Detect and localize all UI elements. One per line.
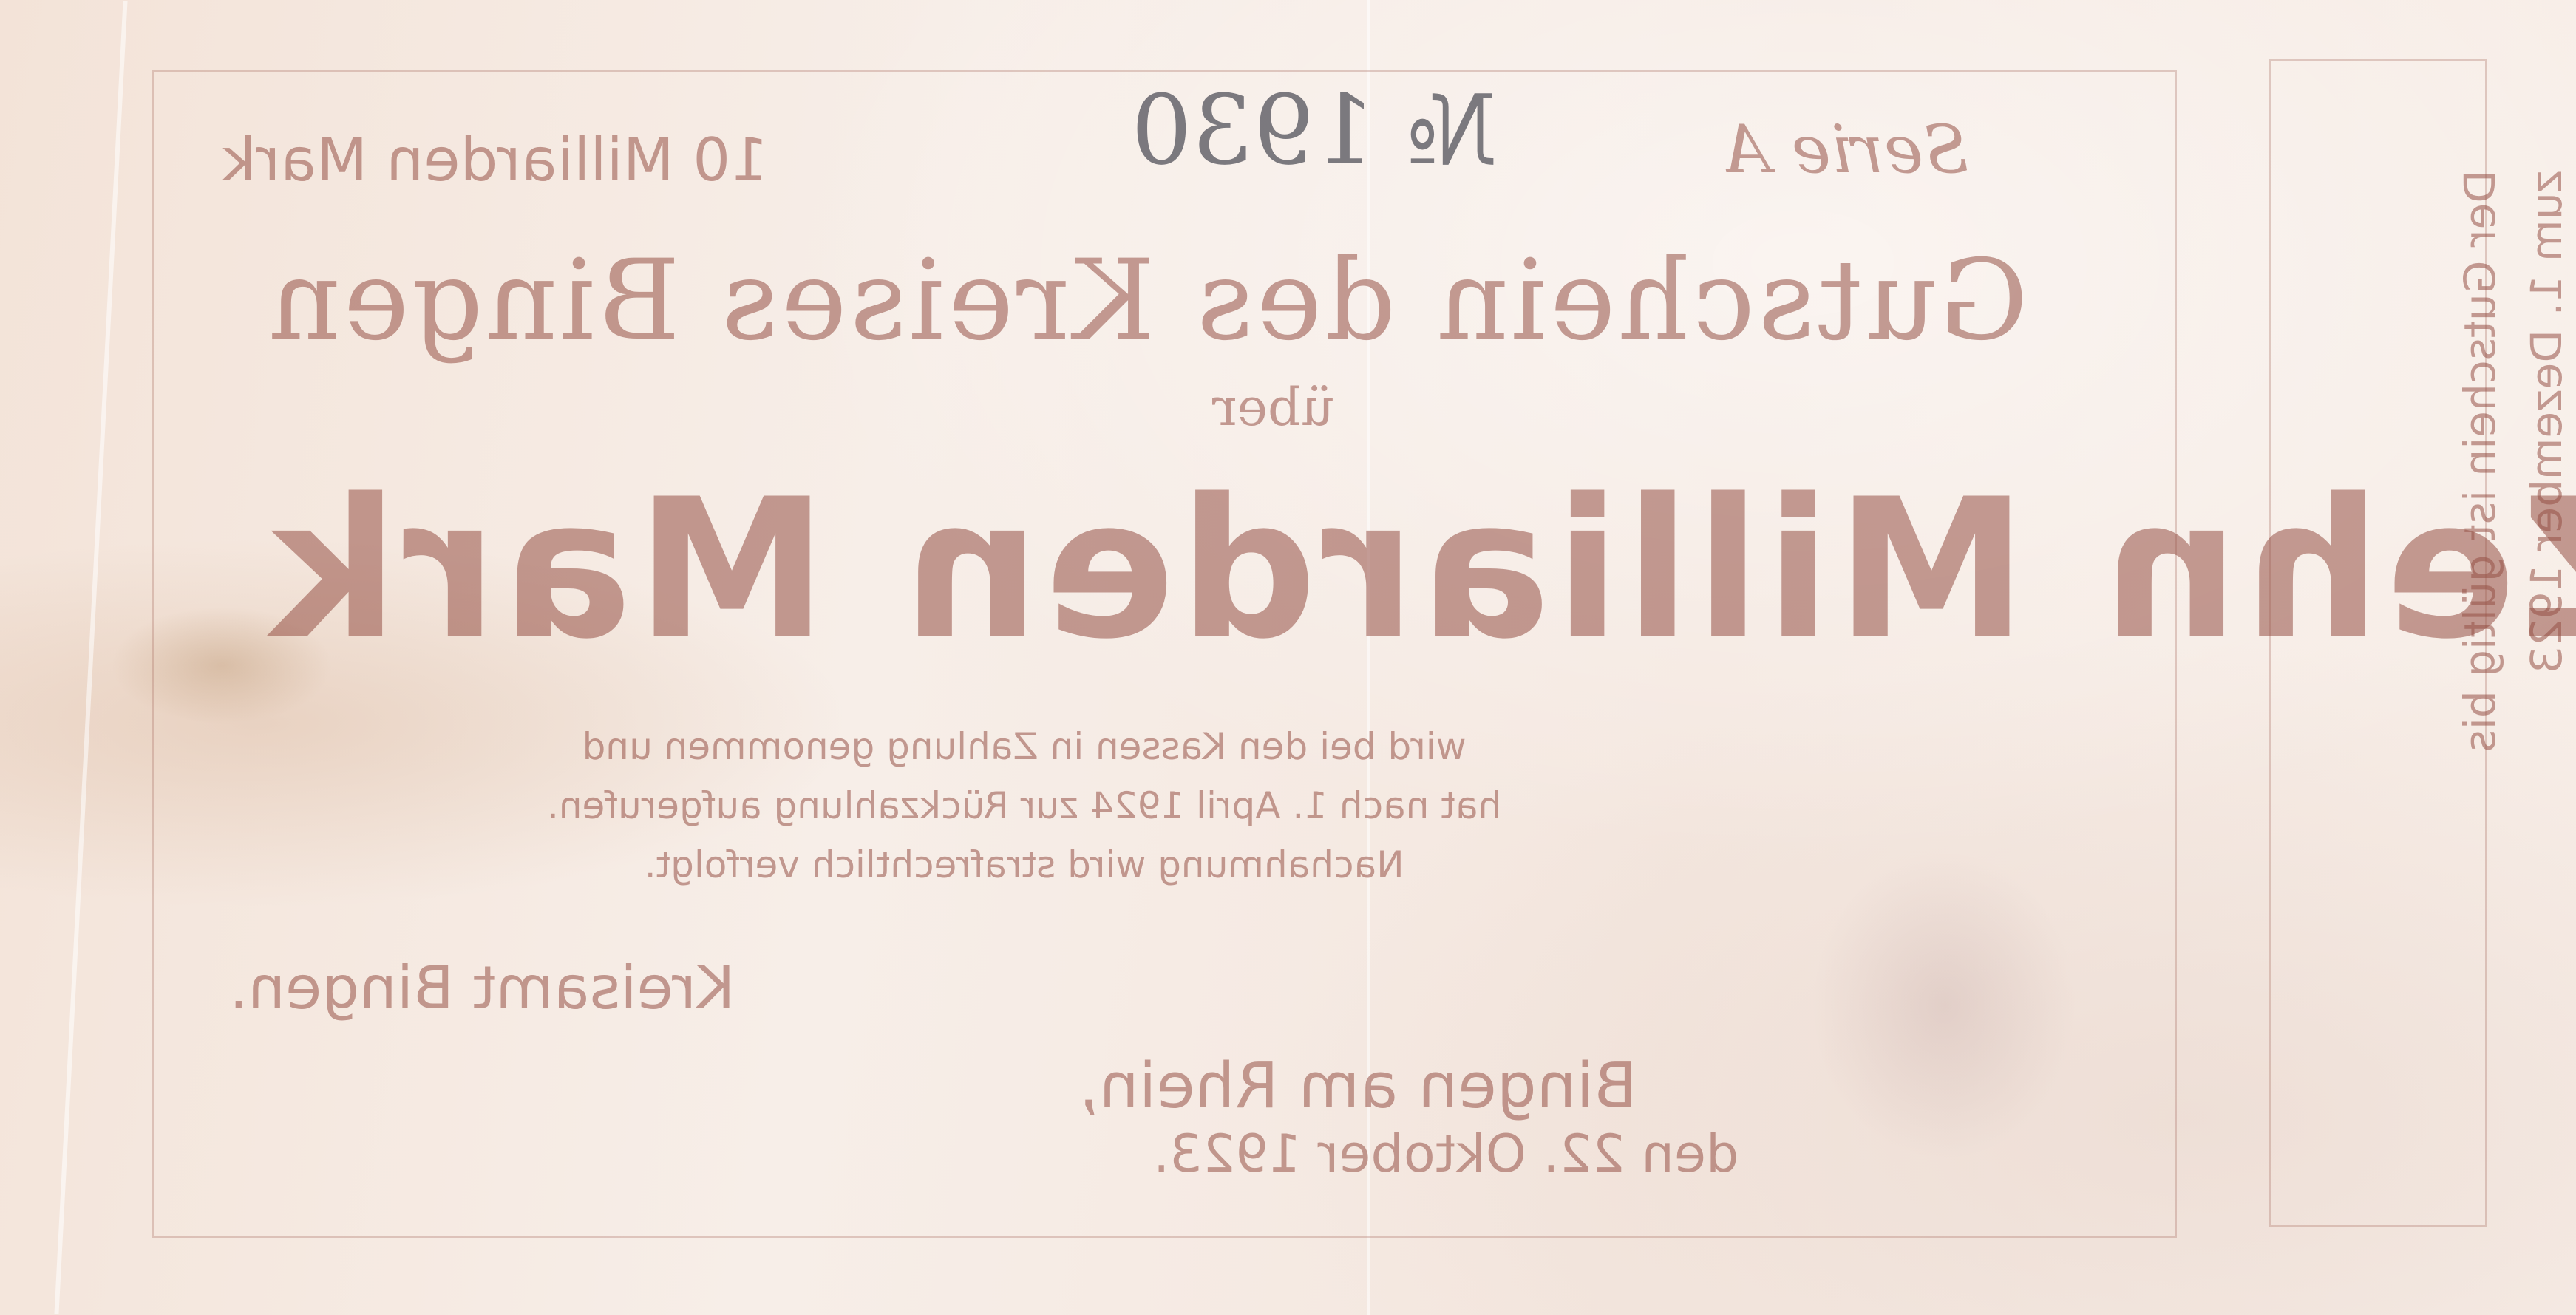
amount-text: Zehn Milliarden Mark <box>266 458 2576 682</box>
terms-line: wird bei den Kassen in Zahlung genommen … <box>547 717 1501 776</box>
series-label: Serie A <box>1722 111 1969 188</box>
denomination-small: 10 Milliarden Mark <box>222 126 768 194</box>
terms-text: wird bei den Kassen in Zahlung genommen … <box>547 717 1501 894</box>
issuer-label: Kreisamt Bingen. <box>229 954 735 1022</box>
side-text-line: Der Gutschein ist gültig bis <box>2447 170 2513 1168</box>
date-label: den 22. Oktober 1923. <box>1153 1124 1739 1184</box>
serial-number: № 1930 <box>1131 74 1497 186</box>
place-label: Bingen am Rhein, <box>1079 1050 1637 1123</box>
side-validity-text: Der Gutschein ist gültig bis zum 1. Deze… <box>2447 170 2576 1168</box>
ueber-label: über <box>1212 377 1334 438</box>
note-title: Gutschein des Kreises Bingen <box>266 237 2028 365</box>
terms-line: hat nach 1. April 1924 zur Rückzahlung a… <box>547 776 1501 835</box>
terms-line: Nachahmung wird strafrechtlich verfolgt. <box>547 835 1501 894</box>
official-seal <box>1811 850 2077 1161</box>
side-text-line: zum 1. Dezember 1923 <box>2513 170 2576 1168</box>
